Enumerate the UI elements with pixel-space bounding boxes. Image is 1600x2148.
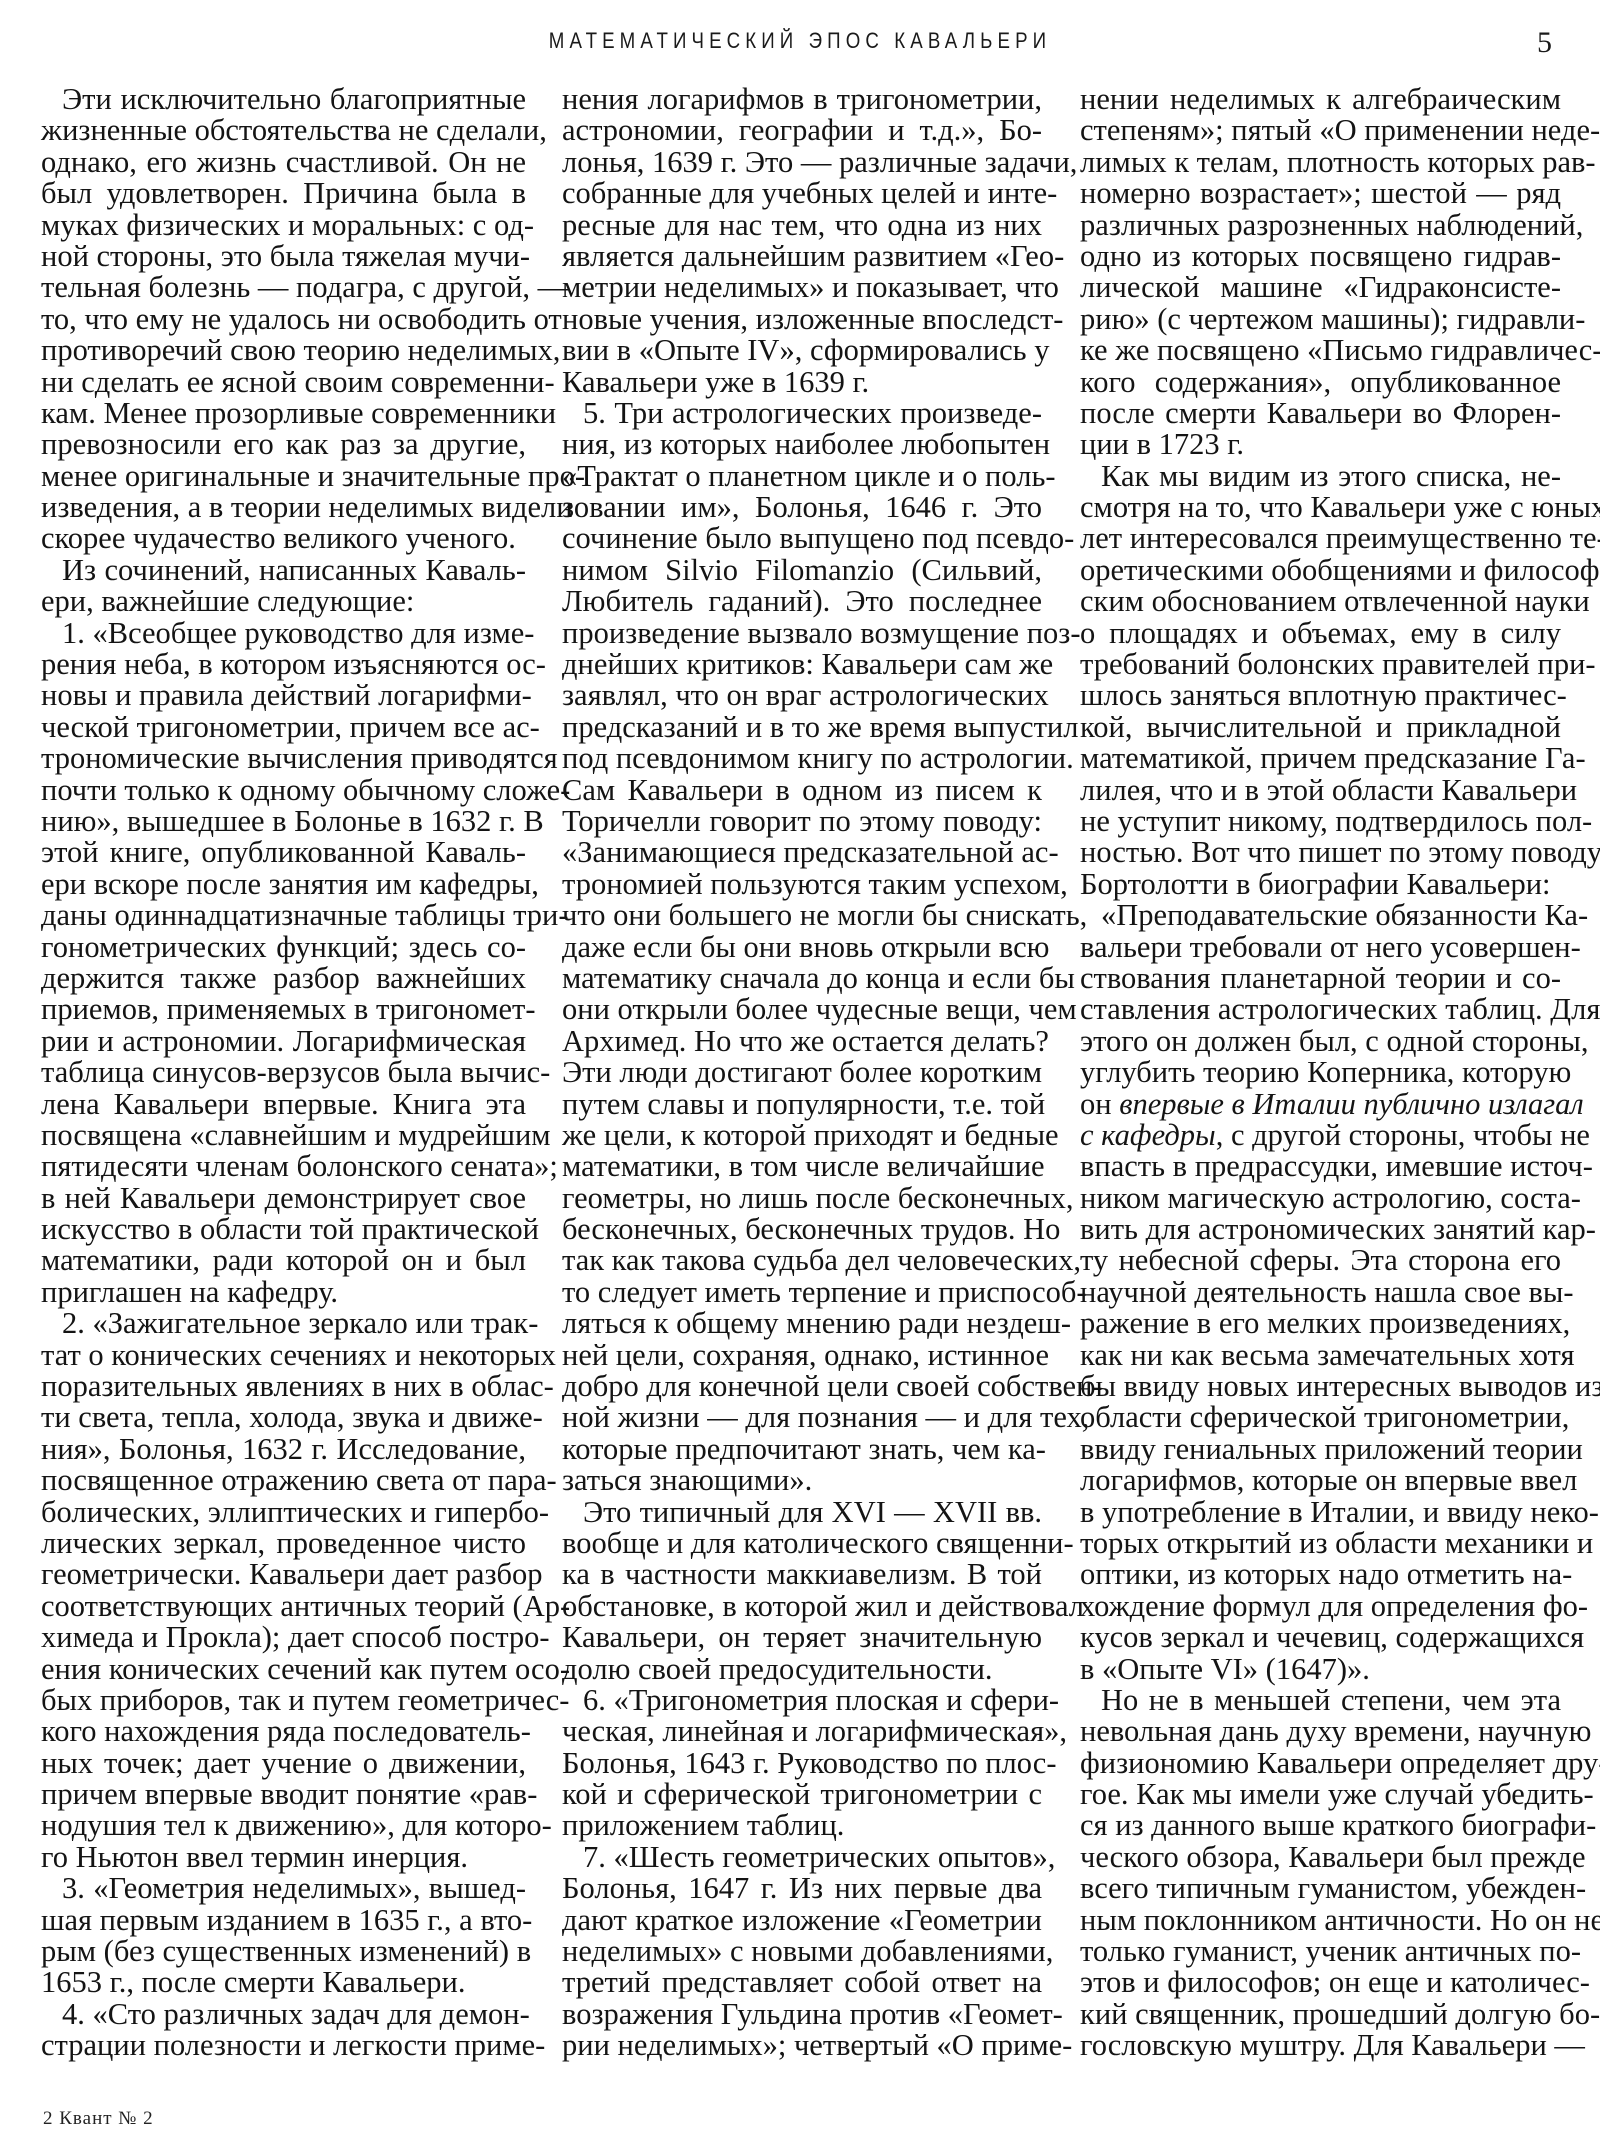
text-line: 2. «Зажигательное зеркало или трак- bbox=[41, 1308, 526, 1339]
text-line: 1653 г., после смерти Кавальери. bbox=[41, 1967, 526, 1998]
text-line: смотря на то, что Кавальери уже с юных bbox=[1080, 492, 1561, 523]
text-line: ния, из которых наиболее любопытен bbox=[562, 429, 1042, 460]
emphasis-text: впервые в Италии публично излагал bbox=[1119, 1087, 1584, 1121]
text-line: математикой, причем предсказание Га- bbox=[1080, 743, 1561, 774]
text-line: Из сочинений, написанных Каваль- bbox=[41, 555, 526, 586]
text-line: зовании им», Болонья, 1646 г. Это bbox=[562, 492, 1042, 523]
text-line: ни сделать ее ясной своим современни- bbox=[41, 367, 526, 398]
text-line: ческой тригонометрии, причем все ас- bbox=[41, 712, 526, 743]
text-line: астрономии, географии и т.д.», Бо- bbox=[562, 115, 1042, 146]
text-line: ти света, тепла, холода, звука и движе- bbox=[41, 1402, 526, 1433]
text-line: которые предпочитают знать, чем ка- bbox=[562, 1434, 1042, 1465]
text-line: сочинение было выпущено под псевдо- bbox=[562, 523, 1042, 554]
text-line: бы ввиду новых интересных выводов из bbox=[1080, 1371, 1561, 1402]
text-line: Как мы видим из этого списка, не- bbox=[1080, 461, 1561, 492]
text-line: ресные для нас тем, что одна из них bbox=[562, 210, 1042, 241]
text-line: кой и сферической тригонометрии с bbox=[562, 1779, 1042, 1810]
text-line: обстановке, в которой жил и действовал bbox=[562, 1591, 1042, 1622]
text-line: оретическими обобщениями и философ- bbox=[1080, 555, 1561, 586]
text-line: ческая, линейная и логарифмическая», bbox=[562, 1716, 1042, 1747]
text-line: ции в 1723 г. bbox=[1080, 429, 1561, 460]
text-line: торых открытий из области механики и bbox=[1080, 1528, 1561, 1559]
text-line: номерно возрастает»; шестой — ряд bbox=[1080, 178, 1561, 209]
text-column-middle: нения логарифмов в тригонометрии,астроно… bbox=[562, 84, 1042, 2062]
text-line: впасть в предрассудки, имевшие источ- bbox=[1080, 1151, 1561, 1182]
text-line: Бортолотти в биографии Кавальери: bbox=[1080, 869, 1561, 900]
text-line: предсказаний и в то же время выпустил bbox=[562, 712, 1042, 743]
text-line: бесконечных, бесконечных трудов. Но bbox=[562, 1214, 1042, 1245]
text-line: вить для астрономических занятий кар- bbox=[1080, 1214, 1561, 1245]
text-line: ским обоснованием отвлеченной науки bbox=[1080, 586, 1561, 617]
text-line: они открыли более чудесные вещи, чем bbox=[562, 994, 1042, 1025]
text-line: тат о конических сечениях и некоторых bbox=[41, 1340, 526, 1371]
text-line: кий священник, прошедший долгую бо- bbox=[1080, 1999, 1561, 2030]
text-line: лической машине «Гидраконсисте- bbox=[1080, 272, 1561, 303]
text-line: физиономию Кавальери определяет дру- bbox=[1080, 1748, 1561, 1779]
text-line: гое. Как мы имели уже случай убедить- bbox=[1080, 1779, 1561, 1810]
text-line: днейших критиков: Кавальери сам же bbox=[562, 649, 1042, 680]
text-line: долю своей предосудительности. bbox=[562, 1654, 1042, 1685]
text-line: третий представляет собой ответ на bbox=[562, 1967, 1042, 1998]
text-line: дают краткое изложение «Геометрии bbox=[562, 1905, 1042, 1936]
text-line: ней цели, сохраняя, однако, истинное bbox=[562, 1340, 1042, 1371]
text-line: математики, ради которой он и был bbox=[41, 1245, 526, 1276]
text-line: что они большего не могли бы снискать, bbox=[562, 900, 1042, 931]
text-line: пятидесяти членам болонского сената»; bbox=[41, 1151, 526, 1182]
text-line: геометры, но лишь после бесконечных, bbox=[562, 1183, 1042, 1214]
text-line: ческого обзора, Кавальери был прежде bbox=[1080, 1842, 1561, 1873]
text-line: Это типичный для XVI — XVII вв. bbox=[562, 1497, 1042, 1528]
text-line: Эти исключительно благоприятные bbox=[41, 84, 526, 115]
text-line: ных точек; дает учение о движении, bbox=[41, 1748, 526, 1779]
text-line: вальери требовали от него усовершен- bbox=[1080, 932, 1561, 963]
text-line: «Занимающиеся предсказательной ас- bbox=[562, 837, 1042, 868]
text-line: кусов зеркал и чечевиц, содержащихся bbox=[1080, 1622, 1561, 1653]
text-line: нию», вышедшее в Болонье в 1632 г. В bbox=[41, 806, 526, 837]
text-line: неделимых» с новыми добавлениями, bbox=[562, 1936, 1042, 1967]
text-line: даны одиннадцатизначные таблицы три- bbox=[41, 900, 526, 931]
text-line: Но не в меньшей степени, чем эта bbox=[1080, 1685, 1561, 1716]
text-line: причем впервые вводит понятие «рав- bbox=[41, 1779, 526, 1810]
text-line: математику сначала до конца и если бы bbox=[562, 963, 1042, 994]
text-line: «Трактат о планетном цикле и о поль- bbox=[562, 461, 1042, 492]
text-line: в ней Кавальери демонстрирует свое bbox=[41, 1183, 526, 1214]
text-line: этого он должен был, с одной стороны, bbox=[1080, 1026, 1561, 1057]
text-line: ляться к общему мнению ради нездеш- bbox=[562, 1308, 1042, 1339]
text-line: таблица синусов-верзусов была вычис- bbox=[41, 1057, 526, 1088]
text-line: изведения, а в теории неделимых видели bbox=[41, 492, 526, 523]
text-line: всего типичным гуманистом, убежден- bbox=[1080, 1873, 1561, 1904]
text-line: ным поклонником античности. Но он не bbox=[1080, 1905, 1561, 1936]
text-line: шлось заняться вплотную практичес- bbox=[1080, 680, 1561, 711]
text-line: хождение формул для определения фо- bbox=[1080, 1591, 1561, 1622]
text-line: вообще и для католического священни- bbox=[562, 1528, 1042, 1559]
text-line: Сам Кавальери в одном из писем к bbox=[562, 775, 1042, 806]
text-line: химеда и Прокла); дает способ постро- bbox=[41, 1622, 526, 1653]
text-line: же цели, к которой приходят и бедные bbox=[562, 1120, 1042, 1151]
page-number: 5 bbox=[1537, 26, 1552, 60]
text-line: посвященное отражению света от пара- bbox=[41, 1465, 526, 1496]
text-line: рии неделимых»; четвертый «О приме- bbox=[562, 2030, 1042, 2061]
text-line: не уступит никому, подтвердилось пол- bbox=[1080, 806, 1561, 837]
text-line: заявлял, что он враг астрологических bbox=[562, 680, 1042, 711]
text-column-left: Эти исключительно благоприятныежизненные… bbox=[41, 84, 526, 2062]
text-line: болических, эллиптических и гипербо- bbox=[41, 1497, 526, 1528]
text-line: гонометрических функций; здесь со- bbox=[41, 932, 526, 963]
text-line: 6. «Тригонометрия плоская и сфери- bbox=[562, 1685, 1042, 1716]
text-line: даже если бы они вновь открыли всю bbox=[562, 932, 1042, 963]
text-line: тельная болезнь — подагра, с другой, — bbox=[41, 272, 526, 303]
text-line: углубить теорию Коперника, которую bbox=[1080, 1057, 1561, 1088]
text-line: ту небесной сферы. Эта сторона его bbox=[1080, 1245, 1561, 1276]
text-line: нимом Silvio Filomanzio (Сильвий, bbox=[562, 555, 1042, 586]
text-line: трономией пользуются таким успехом, bbox=[562, 869, 1042, 900]
text-line: Кавальери, он теряет значительную bbox=[562, 1622, 1042, 1653]
text-line: 4. «Сто различных задач для демон- bbox=[41, 1999, 526, 2030]
text-line: рым (без существенных изменений) в bbox=[41, 1936, 526, 1967]
text-line: муках физических и моральных: с од- bbox=[41, 210, 526, 241]
text-line: в «Опыте VI» (1647)». bbox=[1080, 1654, 1561, 1685]
text-line: нении неделимых к алгебраическим bbox=[1080, 84, 1561, 115]
text-line: менее оригинальные и значительные про- bbox=[41, 461, 526, 492]
text-line: был удовлетворен. Причина была в bbox=[41, 178, 526, 209]
text-line: после смерти Кавальери во Флорен- bbox=[1080, 398, 1561, 429]
text-line: посвящена «славнейшим и мудрейшим bbox=[41, 1120, 526, 1151]
text-line: различных разрозненных наблюдений, bbox=[1080, 210, 1561, 241]
text-line: логарифмов, которые он впервые ввел bbox=[1080, 1465, 1561, 1496]
emphasis-text: с кафедры bbox=[1080, 1118, 1216, 1152]
text-line: одно из которых посвящено гидрав- bbox=[1080, 241, 1561, 272]
text-line: то, что ему не удалось ни освободить от bbox=[41, 304, 526, 335]
text-line: новые учения, изложенные впоследст- bbox=[562, 304, 1042, 335]
text-line: лических зеркал, проведенное чисто bbox=[41, 1528, 526, 1559]
text-line: путем славы и популярности, т.е. той bbox=[562, 1089, 1042, 1120]
text-line: под псевдонимом книгу по астрологии. bbox=[562, 743, 1042, 774]
text-line: ной стороны, это была тяжелая мучи- bbox=[41, 241, 526, 272]
text-line: рию» (с чертежом машины); гидравли- bbox=[1080, 304, 1561, 335]
text-line: о площадях и объемах, ему в силу bbox=[1080, 618, 1561, 649]
text-line: в употребление в Италии, и ввиду неко- bbox=[1080, 1497, 1561, 1528]
text-line: 5. Три астрологических произведе- bbox=[562, 398, 1042, 429]
printer-signature: 2 Квант № 2 bbox=[43, 2108, 154, 2130]
text-line: Любитель гаданий). Это последнее bbox=[562, 586, 1042, 617]
text-line: рии и астрономии. Логарифмическая bbox=[41, 1026, 526, 1057]
text-line: ения конических сечений как путем осо- bbox=[41, 1654, 526, 1685]
text-line: кам. Менее прозорливые современники bbox=[41, 398, 526, 429]
text-line: метрии неделимых» и показывает, что bbox=[562, 272, 1042, 303]
text-line: ностью. Вот что пишет по этому поводу bbox=[1080, 837, 1561, 868]
running-head: МАТЕМАТИЧЕСКИЙ ЭПОС КАВАЛЬЕРИ 5 bbox=[0, 28, 1600, 64]
text-line: соответствующих античных теорий (Ар- bbox=[41, 1591, 526, 1622]
text-line: Торичелли говорит по этому поводу: bbox=[562, 806, 1042, 837]
text-line: новы и правила действий логарифми- bbox=[41, 680, 526, 711]
text-line: 7. «Шесть геометрических опытов», bbox=[562, 1842, 1042, 1873]
text-line: этов и философов; он еще и католичес- bbox=[1080, 1967, 1561, 1998]
text-column-right: нении неделимых к алгебраическимстепеням… bbox=[1080, 84, 1561, 2062]
text-line: с кафедры, с другой стороны, чтобы не bbox=[1080, 1120, 1561, 1151]
text-line: вии в «Опыте IV», сформировались у bbox=[562, 335, 1042, 366]
text-line: держится также разбор важнейших bbox=[41, 963, 526, 994]
text-line: заться знающими». bbox=[562, 1465, 1042, 1496]
text-line: страции полезности и легкости приме- bbox=[41, 2030, 526, 2061]
text-line: ником магическую астрологию, соста- bbox=[1080, 1183, 1561, 1214]
text-line: ствования планетарной теории и со- bbox=[1080, 963, 1561, 994]
text-line: то следует иметь терпение и приспособ- bbox=[562, 1277, 1042, 1308]
text-line: Болонья, 1643 г. Руководство по плос- bbox=[562, 1748, 1042, 1779]
text-line: приложением таблиц. bbox=[562, 1810, 1042, 1841]
text-line: «Преподавательские обязанности Ка- bbox=[1080, 900, 1561, 931]
text-line: лилея, что и в этой области Кавальери bbox=[1080, 775, 1561, 806]
text-line: ния», Болонья, 1632 г. Исследование, bbox=[41, 1434, 526, 1465]
text-line: бых приборов, так и путем геометричес- bbox=[41, 1685, 526, 1716]
text-line: скорее чудачество великого ученого. bbox=[41, 523, 526, 554]
text-line: рения неба, в котором изъясняются ос- bbox=[41, 649, 526, 680]
text-line: кого содержания», опубликованное bbox=[1080, 367, 1561, 398]
text-line: ной жизни — для познания — и для тех, bbox=[562, 1402, 1042, 1433]
text-line: ражение в его мелких произведениях, bbox=[1080, 1308, 1561, 1339]
text-line: он впервые в Италии публично излагал bbox=[1080, 1089, 1561, 1120]
text-line: степеням»; пятый «О применении неде- bbox=[1080, 115, 1561, 146]
text-line: приглашен на кафедру. bbox=[41, 1277, 526, 1308]
text-line: ставления астрологических таблиц. Для bbox=[1080, 994, 1561, 1025]
text-line: однако, его жизнь счастливой. Он не bbox=[41, 147, 526, 178]
text-line: добро для конечной цели своей собствен- bbox=[562, 1371, 1042, 1402]
text-line: нодушия тел к движению», для которо- bbox=[41, 1810, 526, 1841]
text-line: геометрически. Кавальери дает разбор bbox=[41, 1559, 526, 1590]
text-line: поразительных явлениях в них в облас- bbox=[41, 1371, 526, 1402]
text-line: ери вскоре после занятия им кафедры, bbox=[41, 869, 526, 900]
text-line: требований болонских правителей при- bbox=[1080, 649, 1561, 680]
text-line: Эти люди достигают более коротким bbox=[562, 1057, 1042, 1088]
text-line: 3. «Геометрия неделимых», вышед- bbox=[41, 1873, 526, 1904]
text-line: ввиду гениальных приложений теории bbox=[1080, 1434, 1561, 1465]
text-line: лонья, 1639 г. Это — различные задачи, bbox=[562, 147, 1042, 178]
text-line: приемов, применяемых в тригономет- bbox=[41, 994, 526, 1025]
text-line: собранные для учебных целей и инте- bbox=[562, 178, 1042, 209]
text-line: трономические вычисления приводятся bbox=[41, 743, 526, 774]
text-line: как ни как весьма замечательных хотя bbox=[1080, 1340, 1561, 1371]
text-line: области сферической тригонометрии, bbox=[1080, 1402, 1561, 1433]
text-line: кой, вычислительной и прикладной bbox=[1080, 712, 1561, 743]
text-line: этой книге, опубликованной Каваль- bbox=[41, 837, 526, 868]
text-line: почти только к одному обычному сложе- bbox=[41, 775, 526, 806]
text-line: Кавальери уже в 1639 г. bbox=[562, 367, 1042, 398]
text-line: жизненные обстоятельства не сделали, bbox=[41, 115, 526, 146]
text-line: лена Кавальери впервые. Книга эта bbox=[41, 1089, 526, 1120]
text-line: шая первым изданием в 1635 г., а вто- bbox=[41, 1905, 526, 1936]
text-line: Архимед. Но что же остается делать? bbox=[562, 1026, 1042, 1057]
text-line: противоречий свою теорию неделимых, bbox=[41, 335, 526, 366]
text-line: превозносили его как раз за другие, bbox=[41, 429, 526, 460]
text-line: ка в частности маккиавелизм. В той bbox=[562, 1559, 1042, 1590]
text-line: так как такова судьба дел человеческих, bbox=[562, 1245, 1042, 1276]
text-line: искусство в области той практической bbox=[41, 1214, 526, 1245]
text-line: Болонья, 1647 г. Из них первые два bbox=[562, 1873, 1042, 1904]
text-line: является дальнейшим развитием «Гео- bbox=[562, 241, 1042, 272]
text-line: го Ньютон ввел термин инерция. bbox=[41, 1842, 526, 1873]
text-line: научной деятельность нашла свое вы- bbox=[1080, 1277, 1561, 1308]
text-line: кого нахождения ряда последователь- bbox=[41, 1716, 526, 1747]
text-line: невольная дань духу времени, научную bbox=[1080, 1716, 1561, 1747]
running-title: МАТЕМАТИЧЕСКИЙ ЭПОС КАВАЛЬЕРИ bbox=[120, 28, 1480, 54]
text-line: только гуманист, ученик античных по- bbox=[1080, 1936, 1561, 1967]
text-line: лет интересовался преимущественно те- bbox=[1080, 523, 1561, 554]
text-line: гословскую муштру. Для Кавальери — bbox=[1080, 2030, 1561, 2061]
text-line: ке же посвящено «Письмо гидравличес- bbox=[1080, 335, 1561, 366]
text-line: 1. «Всеобщее руководство для изме- bbox=[41, 618, 526, 649]
text-line: оптики, из которых надо отметить на- bbox=[1080, 1559, 1561, 1590]
text-line: возражения Гульдина против «Геомет- bbox=[562, 1999, 1042, 2030]
text-line: произведение вызвало возмущение поз- bbox=[562, 618, 1042, 649]
text-line: ери, важнейшие следующие: bbox=[41, 586, 526, 617]
text-line: математики, в том числе величайшие bbox=[562, 1151, 1042, 1182]
text-line: ся из данного выше краткого биографи- bbox=[1080, 1810, 1561, 1841]
text-line: нения логарифмов в тригонометрии, bbox=[562, 84, 1042, 115]
text-line: лимых к телам, плотность которых рав- bbox=[1080, 147, 1561, 178]
